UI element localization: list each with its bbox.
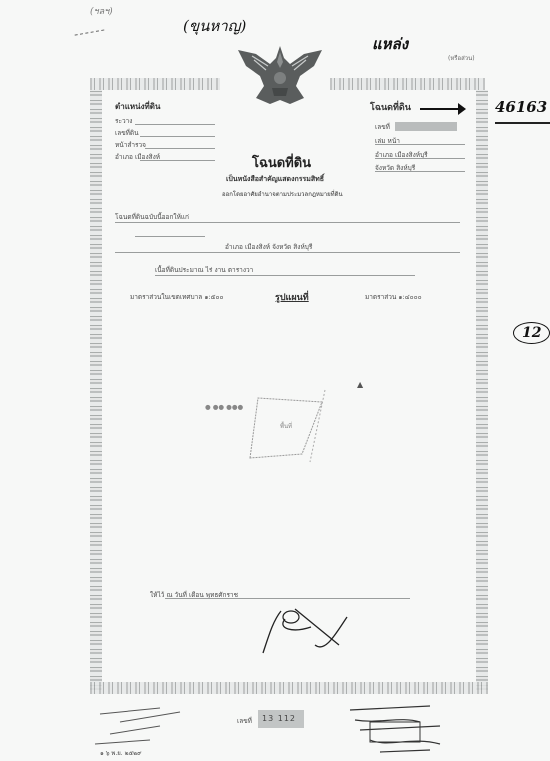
owner-underline-2 bbox=[135, 236, 205, 237]
location-row-2: เลขที่ดิน bbox=[115, 128, 139, 138]
annotation-small-right: (หรือส่วน) bbox=[448, 53, 475, 63]
document-subtitle-2: ออกโดยอาศัยอำนาจตามประมวลกฎหมายที่ดิน bbox=[222, 189, 343, 199]
bottom-date: ๑ ๖ พ.ย. ๒๕๒๙ bbox=[100, 748, 141, 758]
deed-number-stamp-text: 13 112 bbox=[262, 714, 296, 723]
header-right-label: โฉนดที่ดิน bbox=[370, 100, 411, 114]
deed-number-label: เลขที่ bbox=[237, 716, 252, 726]
location-row-3: หน้าสำรวจ bbox=[115, 140, 146, 150]
deed-number-underline bbox=[495, 122, 550, 124]
scale-right: มาตราส่วน ๑:๔๐๐๐ bbox=[365, 292, 422, 302]
location-line-4 bbox=[140, 160, 215, 161]
document-title: โฉนดที่ดิน bbox=[252, 152, 311, 173]
arrow-right-icon bbox=[420, 108, 462, 110]
border-top bbox=[90, 78, 220, 90]
pencil-marks bbox=[75, 29, 106, 41]
right-row-1: เลขที่ bbox=[375, 122, 390, 132]
scale-left: มาตราส่วนในเขตเทศบาล ๑:๕๐๐ bbox=[130, 292, 224, 302]
owner-underline-4 bbox=[155, 275, 415, 276]
owner-line-1: โฉนดที่ดินฉบับนี้ออกให้แก่ bbox=[115, 212, 189, 222]
bottom-right-signatures bbox=[340, 700, 480, 756]
annotation-circled-name: (ขุนหาญ) bbox=[183, 14, 246, 38]
border-top-right bbox=[330, 78, 485, 90]
location-heading: ตำแหน่งที่ดิน bbox=[115, 100, 160, 113]
deed-number-handwritten: 46163 bbox=[495, 98, 547, 116]
document-subtitle: เป็นหนังสือสำคัญแสดงกรรมสิทธิ์ bbox=[226, 174, 324, 185]
circled-page-number: 12 bbox=[513, 322, 550, 344]
svg-text:พื้นที่: พื้นที่ bbox=[280, 420, 292, 430]
right-line-3 bbox=[375, 158, 465, 159]
map-marker: ▲ bbox=[357, 380, 363, 389]
parcel-label: ● ●● ●●● bbox=[205, 403, 243, 411]
land-parcel-map: พื้นที่ bbox=[230, 380, 340, 470]
annotation-handwritten-right: แหล่ง bbox=[372, 32, 408, 56]
owner-line-2: อำเภอ เมืองสิงห์ จังหวัด สิงห์บุรี bbox=[225, 242, 312, 252]
location-line-2 bbox=[140, 136, 215, 137]
bottom-left-signatures bbox=[90, 700, 200, 750]
owner-underline-3 bbox=[115, 252, 460, 253]
official-signature bbox=[255, 605, 365, 655]
owner-line-3: เนื้อที่ดินประมาณ ไร่ งาน ตารางวา bbox=[155, 265, 253, 275]
location-line-1 bbox=[135, 124, 215, 125]
map-heading: รูปแผนที่ bbox=[275, 290, 309, 304]
location-line-3 bbox=[145, 148, 215, 149]
border-bottom bbox=[90, 682, 488, 694]
location-row-1: ระวาง bbox=[115, 116, 132, 126]
right-line-4 bbox=[375, 171, 465, 172]
right-line-2 bbox=[375, 144, 465, 145]
arrow-right-head bbox=[458, 103, 466, 115]
garuda-emblem-icon bbox=[234, 44, 326, 106]
annotation-top-left: (ฯลฯ) bbox=[90, 4, 113, 18]
owner-underline-1 bbox=[115, 222, 460, 223]
redacted-number bbox=[395, 122, 457, 131]
border-left bbox=[90, 90, 102, 690]
issue-underline bbox=[165, 598, 410, 599]
border-right bbox=[476, 90, 488, 690]
